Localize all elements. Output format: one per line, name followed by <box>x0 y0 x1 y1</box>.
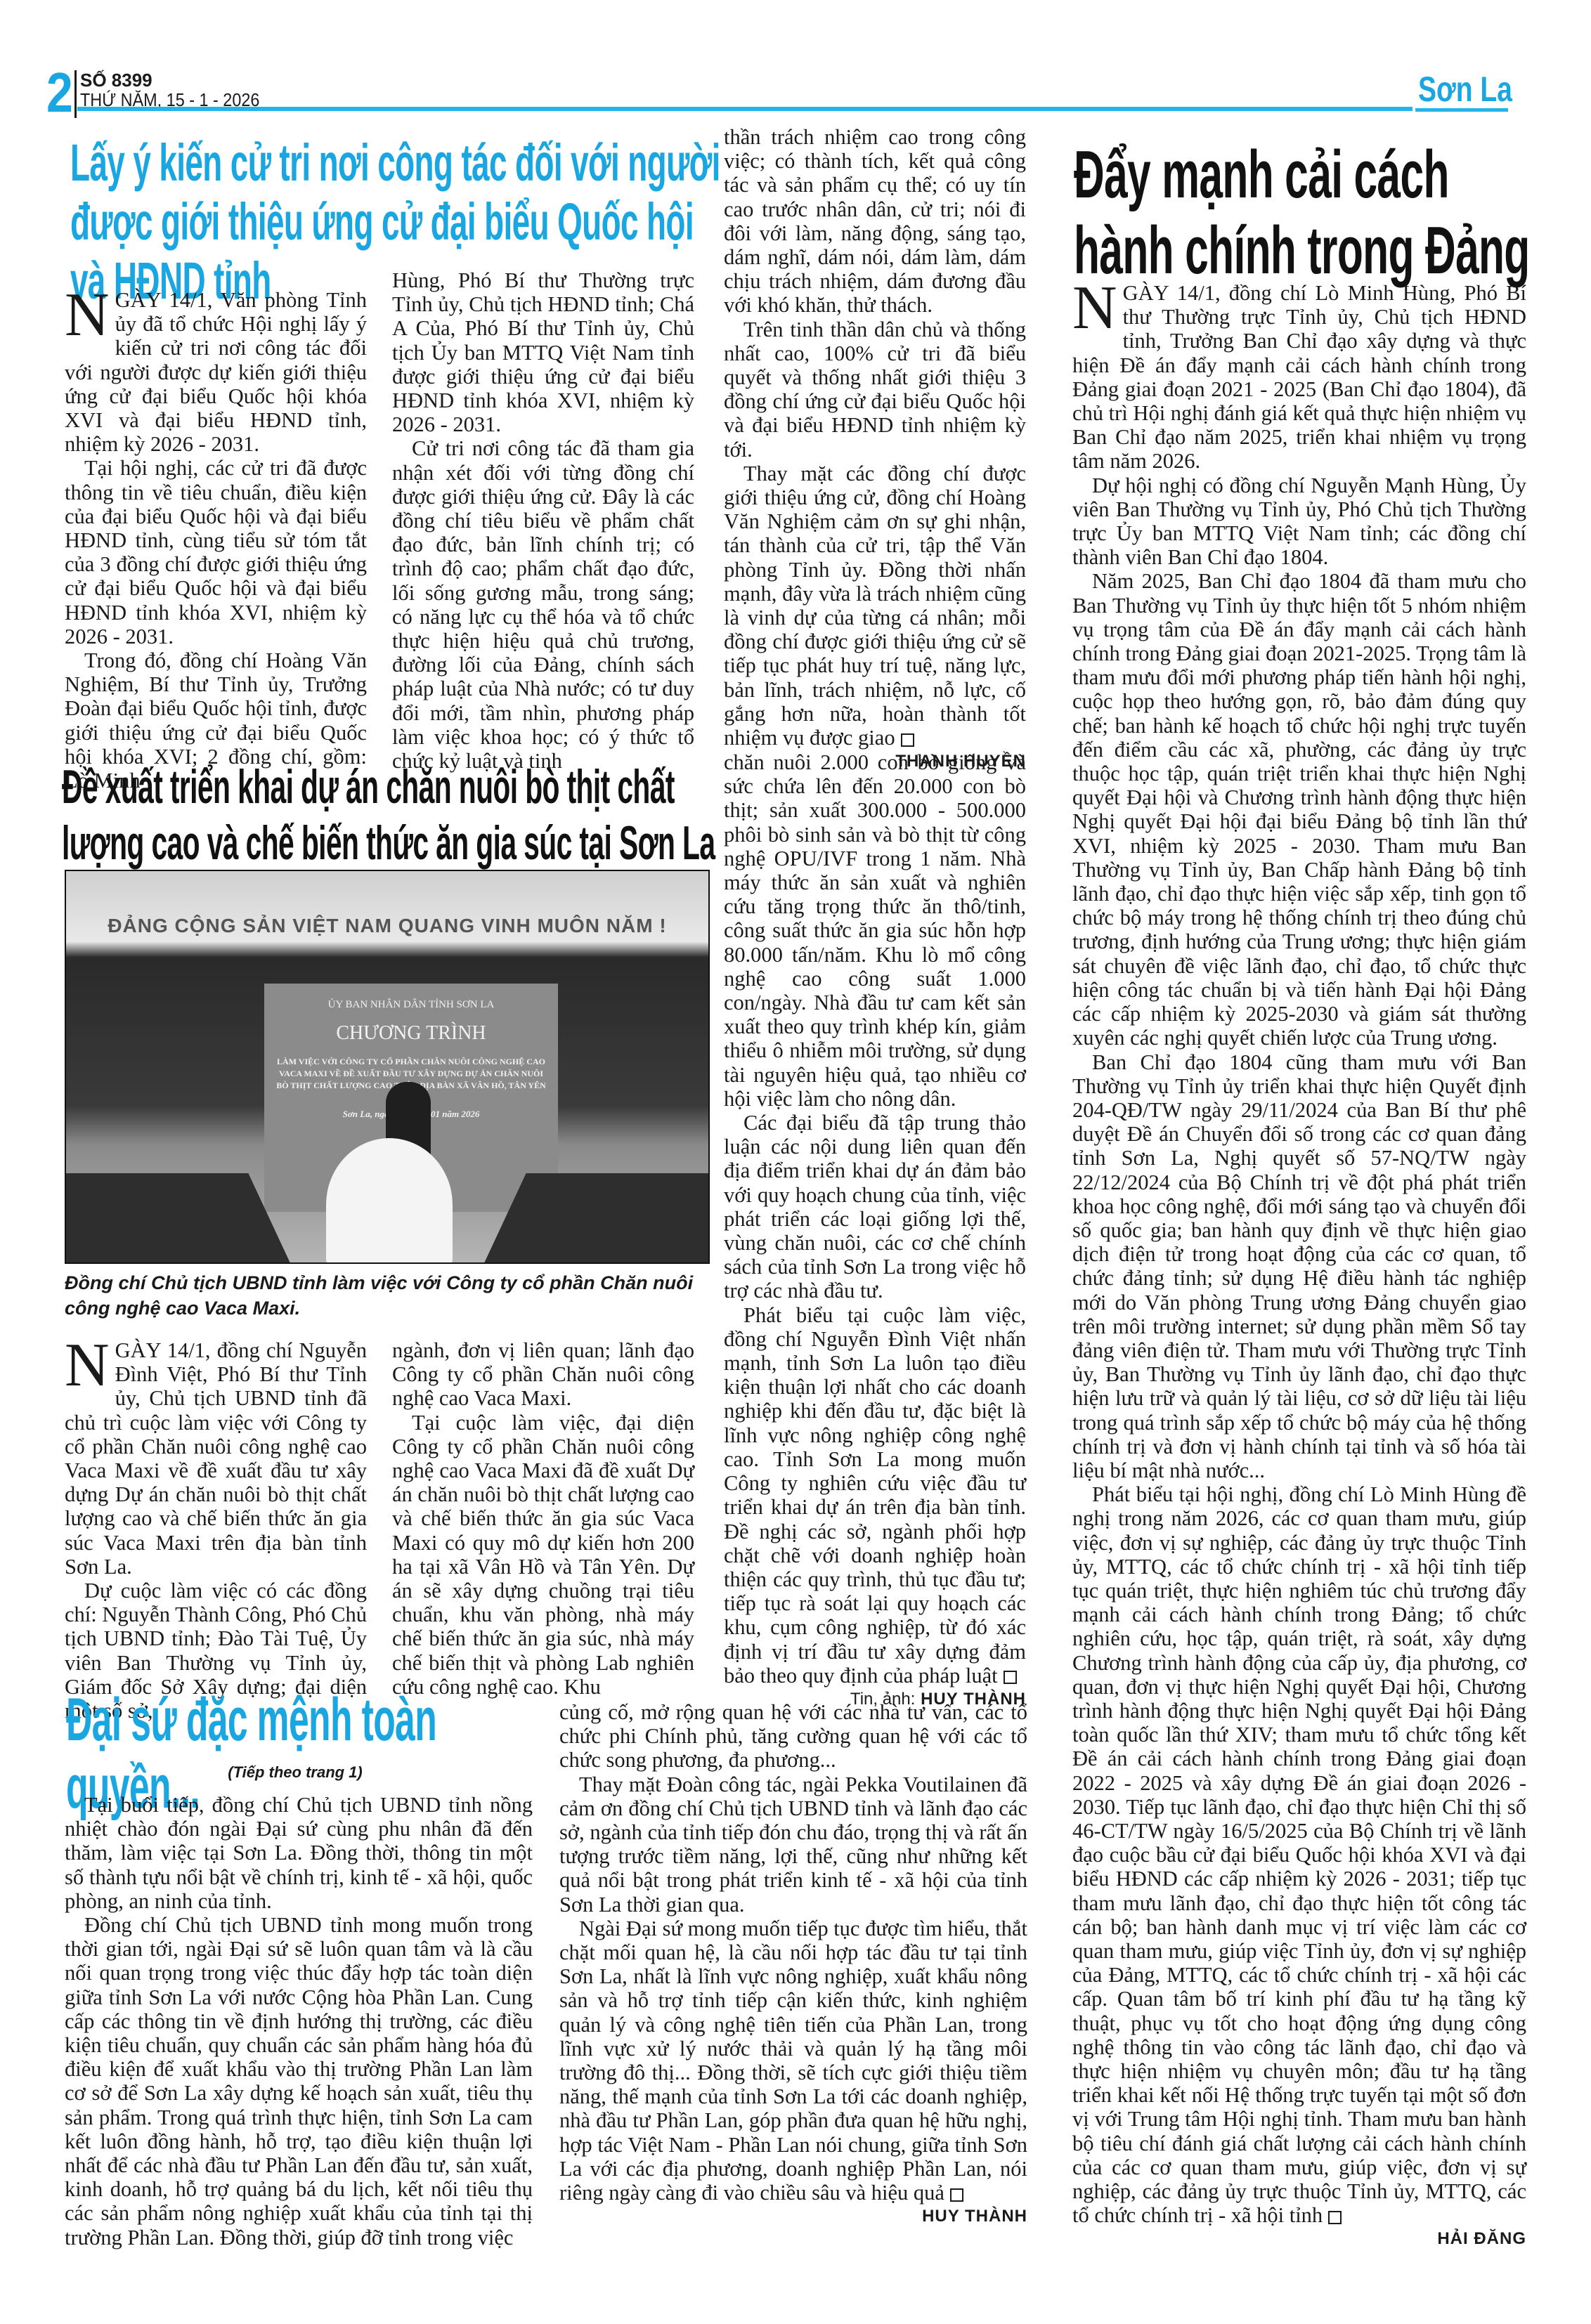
article1-column-1: NGÀY 14/1, Văn phòng Tỉnh ủy đã tổ chức … <box>65 288 367 792</box>
paragraph: Phát biểu tại cuộc làm việc, đồng chí Ng… <box>724 1303 1026 1687</box>
paragraph: Ngài Đại sứ mong muốn tiếp tục được tìm … <box>559 1917 1027 2205</box>
article3-subtitle: (Tiếp theo trang 1) <box>63 1763 527 1782</box>
page-number: 2 <box>46 65 73 121</box>
paragraph: thần trách nhiệm cao trong công việc; có… <box>724 125 1026 318</box>
screen-text: ỦY BAN NHÂN DÂN TỈNH SƠN LA <box>264 999 558 1011</box>
article4-column: NGÀY 14/1, đồng chí Lò Minh Hùng, Phó Bí… <box>1072 281 1526 2252</box>
paragraph: Hùng, Phó Bí thư Thường trực Tỉnh ủy, Ch… <box>392 268 694 436</box>
end-mark-icon <box>901 733 914 747</box>
article3-column-2: củng cố, mở rộng quan hệ với các nhà tư … <box>559 1700 1027 2228</box>
article4-byline: HẢI ĐĂNG <box>1072 2227 1526 2251</box>
paragraph: Cử tri nơi công tác đã tham gia nhận xét… <box>392 436 694 773</box>
paragraph: Đồng chí Chủ tịch UBND tỉnh mong muốn tr… <box>65 1913 533 2250</box>
end-mark-icon <box>1004 1671 1017 1684</box>
paragraph: ngành, đơn vị liên quan; lãnh đạo Công t… <box>392 1338 694 1411</box>
paragraph: Dự hội nghị có đồng chí Nguyễn Mạnh Hùng… <box>1072 474 1526 570</box>
paragraph: Các đại biểu đã tập trung thảo luận các … <box>724 1111 1026 1303</box>
paragraph: chăn nuôi 2.000 con bò giống và sức chứa… <box>724 750 1026 1111</box>
flower-arrangement <box>326 1138 453 1264</box>
article4-title: Đẩy mạnh cải cách hành chính trong Đảng <box>1074 137 1539 289</box>
paragraph: Thay mặt các đồng chí được giới thiệu ứn… <box>724 462 1026 750</box>
article2-title: Đề xuất triển khai dự án chăn nuôi bò th… <box>62 759 720 871</box>
article2-column-3: chăn nuôi 2.000 con bò giống và sức chứa… <box>724 750 1026 1711</box>
paragraph: Trên tinh thần dân chủ và thống nhất cao… <box>724 318 1026 462</box>
paragraph: Thay mặt Đoàn công tác, ngài Pekka Vouti… <box>559 1773 1027 1917</box>
section-underline <box>1415 108 1508 112</box>
article1-column-2: Hùng, Phó Bí thư Thường trực Tỉnh ủy, Ch… <box>392 268 694 773</box>
photo-banner: ĐẢNG CỘNG SẢN VIỆT NAM QUANG VINH MUÔN N… <box>66 915 708 937</box>
article2-column-1: NGÀY 14/1, đồng chí Nguyễn Đình Việt, Ph… <box>65 1338 367 1723</box>
article1-column-3: thần trách nhiệm cao trong công việc; có… <box>724 125 1026 773</box>
header-rule <box>77 107 1413 111</box>
paragraph: Tại cuộc làm việc, đại diện Công ty cổ p… <box>392 1411 694 1699</box>
dropcap: N <box>65 1341 110 1390</box>
end-mark-icon <box>950 2188 963 2202</box>
paragraph: Năm 2025, Ban Chỉ đạo 1804 đã tham mưu c… <box>1072 569 1526 1050</box>
paragraph: Tại hội nghị, các cử tri đã được thông t… <box>65 456 367 648</box>
section-name: Sơn La <box>1418 70 1512 108</box>
article3-byline: HUY THÀNH <box>559 2205 1027 2228</box>
paragraph: Ban Chỉ đạo 1804 cũng tham mưu với Ban T… <box>1072 1050 1526 1483</box>
screen-text: CHƯƠNG TRÌNH <box>264 1022 558 1045</box>
article2-column-2: ngành, đơn vị liên quan; lãnh đạo Công t… <box>392 1338 694 1699</box>
article3-column-1: Tại buổi tiếp, đồng chí Chủ tịch UBND tỉ… <box>65 1793 533 2250</box>
table-left <box>65 1173 291 1264</box>
dropcap: N <box>1072 284 1117 333</box>
end-mark-icon <box>1328 2211 1342 2224</box>
paragraph: Phát biểu tại hội nghị, đồng chí Lò Minh… <box>1072 1482 1526 2227</box>
header-divider <box>74 70 77 118</box>
paragraph: Tại buổi tiếp, đồng chí Chủ tịch UBND tỉ… <box>65 1793 533 1913</box>
paragraph: GÀY 14/1, Văn phòng Tỉnh ủy đã tổ chức H… <box>65 288 367 456</box>
photo-caption: Đồng chí Chủ tịch UBND tỉnh làm việc với… <box>65 1270 707 1321</box>
paragraph: củng cố, mở rộng quan hệ với các nhà tư … <box>559 1700 1027 1773</box>
issue-number: SỐ 8399 <box>80 70 152 90</box>
article2-photo: ĐẢNG CỘNG SẢN VIỆT NAM QUANG VINH MUÔN N… <box>65 870 710 1264</box>
paragraph: GÀY 14/1, đồng chí Nguyễn Đình Việt, Phó… <box>65 1338 367 1579</box>
dropcap: N <box>65 291 110 340</box>
paragraph: GÀY 14/1, đồng chí Lò Minh Hùng, Phó Bí … <box>1072 281 1526 473</box>
